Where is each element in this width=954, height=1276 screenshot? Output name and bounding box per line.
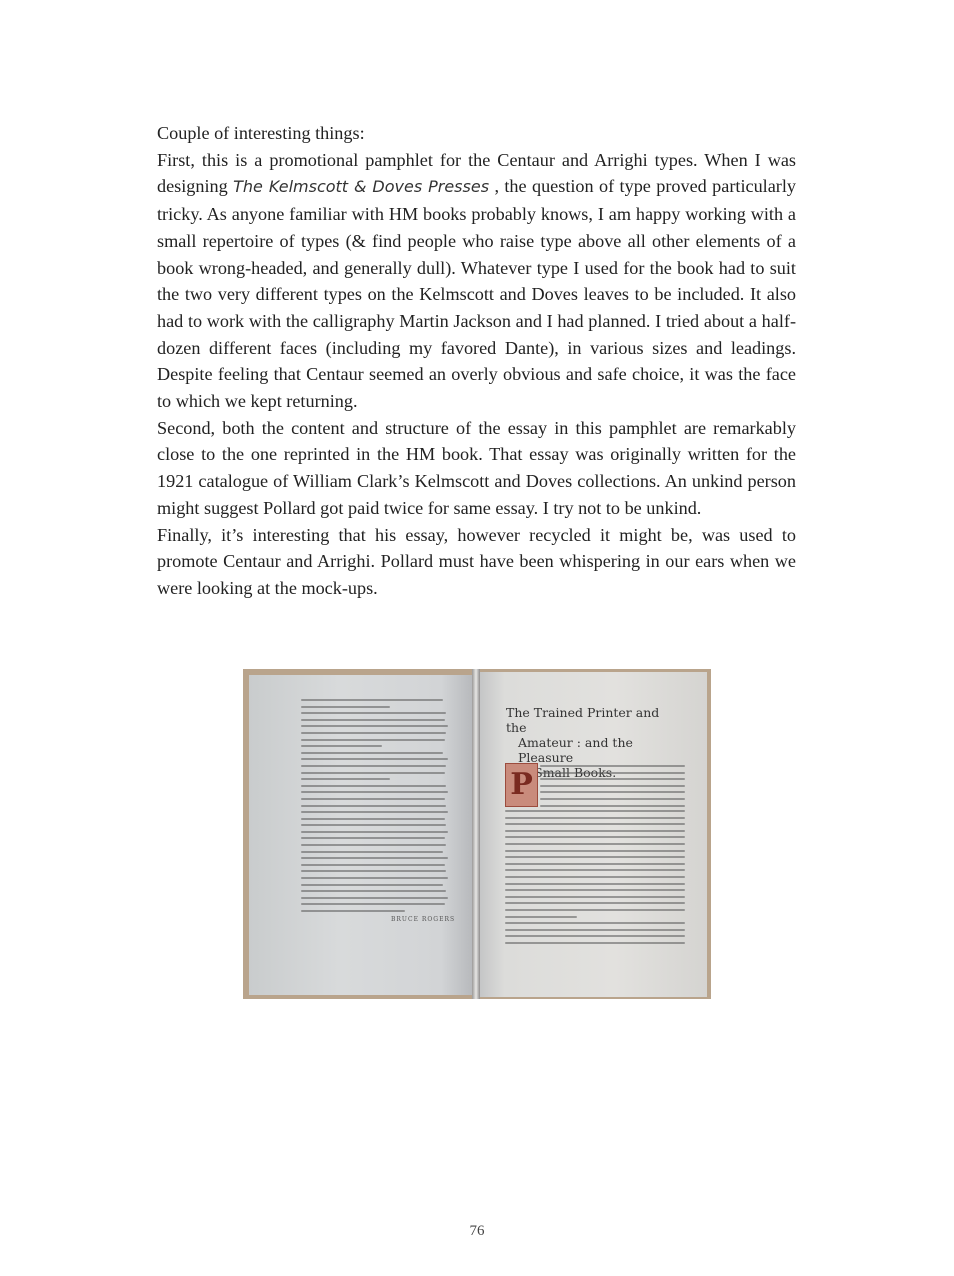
paragraph-second: Second, both the content and structure o…: [157, 415, 796, 522]
page-number: 76: [0, 1223, 954, 1240]
signature: BRUCE ROGERS: [391, 916, 455, 923]
title-line-2: Amateur : and the Pleasure: [506, 735, 666, 765]
paragraph-first-end: , the question of type proved particular…: [157, 176, 796, 411]
pamphlet-photo: BRUCE ROGERS The Trained Printer and the…: [243, 669, 711, 999]
title-line-1: The Trained Printer and the: [506, 705, 666, 735]
paragraph-intro: Couple of interesting things:: [157, 120, 796, 147]
left-page-text-lines: [301, 699, 449, 917]
body-text: Couple of interesting things: First, thi…: [157, 120, 796, 602]
book-title-italic: The Kelmscott & Doves Presses: [233, 177, 489, 196]
right-page-text-lines-top: [540, 765, 685, 811]
paragraph-first: First, this is a promotional pamphlet fo…: [157, 147, 796, 415]
right-page-text-lines: [505, 810, 685, 948]
paragraph-finally: Finally, it’s interesting that his essay…: [157, 522, 796, 602]
drop-cap-initial: P: [505, 763, 538, 807]
imprint: [301, 924, 302, 929]
book-gutter: [472, 669, 480, 999]
